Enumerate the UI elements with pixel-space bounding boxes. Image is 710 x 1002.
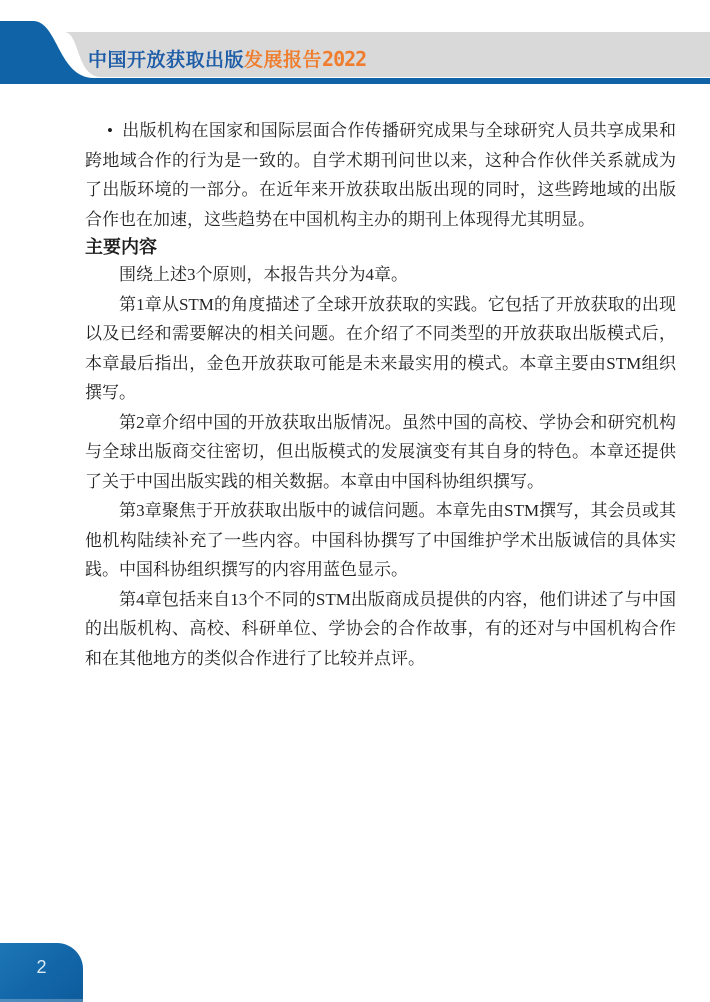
paragraph-chapter-4: 第4章包括来自13个不同的STM出版商成员提供的内容，他们讲述了与中国的出版机构… (85, 585, 676, 674)
page-body: •出版机构在国家和国际层面合作传播研究成果与全球研究人员共享成果和跨地域合作的行… (85, 116, 676, 673)
document-page: 中国开放获取出版发展报告2022 •出版机构在国家和国际层面合作传播研究成果与全… (0, 0, 710, 1002)
bullet-paragraph-text: 出版机构在国家和国际层面合作传播研究成果与全球研究人员共享成果和跨地域合作的行为… (85, 121, 676, 229)
paragraph-chapter-2: 第2章介绍中国的开放获取出版情况。虽然中国的高校、学协会和研究机构与全球出版商交… (85, 408, 676, 497)
paragraph-overview: 围绕上述3个原则，本报告共分为4章。 (85, 260, 676, 290)
page-number: 2 (0, 957, 83, 978)
report-title-zh: 中国开放获取出版 (88, 50, 244, 71)
report-title: 中国开放获取出版发展报告2022 (88, 45, 366, 72)
bullet-icon: • (107, 121, 113, 140)
bullet-paragraph: •出版机构在国家和国际层面合作传播研究成果与全球研究人员共享成果和跨地域合作的行… (85, 116, 676, 234)
report-title-report: 发展报告 (244, 50, 322, 71)
report-title-year: 2022 (322, 47, 366, 71)
page-number-tab: 2 (0, 943, 83, 1002)
paragraph-chapter-1: 第1章从STM的角度描述了全球开放获取的实践。它包括了开放获取的出现以及已经和需… (85, 290, 676, 408)
section-heading: 主要内容 (85, 234, 676, 260)
paragraph-chapter-3: 第3章聚焦于开放获取出版中的诚信问题。本章先由STM撰写，其会员或其他机构陆续补… (85, 496, 676, 585)
